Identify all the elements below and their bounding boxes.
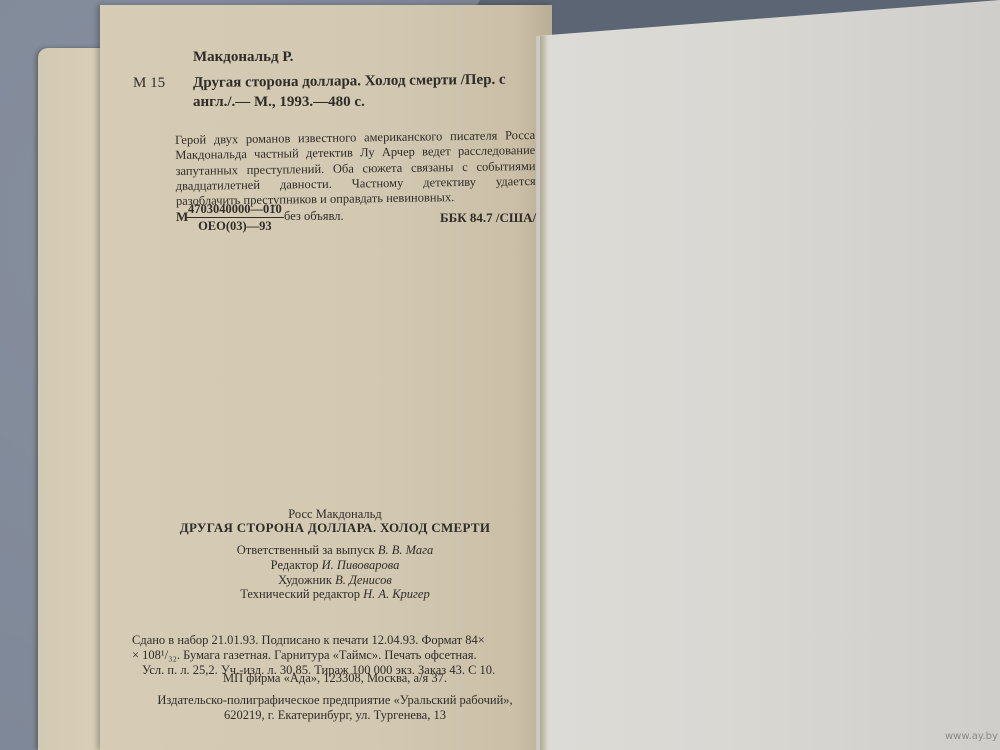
credits-list: Ответственный за выпуск В. В. Мага Редак… <box>150 543 520 602</box>
publisher-address: МП фирма «Ада», 123308, Москва, а/я 37. <box>150 671 520 686</box>
author-heading: Макдональд Р. <box>193 49 293 66</box>
index-numerator: 4703040000—010 <box>186 202 284 218</box>
index-note: без объявл. <box>284 209 344 224</box>
bbk-code: ББК 84.7 /США/ <box>440 210 536 226</box>
credit-row: Художник В. Денисов <box>150 573 520 588</box>
credit-row: Ответственный за выпуск В. В. Мага <box>150 543 520 558</box>
right-page-blank <box>536 0 1000 750</box>
credits-title: ДРУГАЯ СТОРОНА ДОЛЛАРА. ХОЛОД СМЕРТИ <box>150 520 520 536</box>
credit-row: Редактор И. Пивоварова <box>150 558 520 573</box>
credit-row: Технический редактор Н. А. Кригер <box>150 587 520 602</box>
catalog-code: М 15 <box>133 75 165 92</box>
printer-info: Издательско-полиграфическое предприятие … <box>150 693 520 722</box>
publication-index: 4703040000—010 ОЕО(03)—93 <box>186 202 284 234</box>
index-denominator: ОЕО(03)—93 <box>186 218 284 234</box>
bibliographic-title: Другая сторона доллара. Холод смерти /Пе… <box>193 72 506 92</box>
abstract-text: Герой двух романов известного американск… <box>175 128 536 210</box>
watermark: www.ay.by <box>945 731 998 742</box>
page-stack-edge <box>38 48 108 750</box>
book-gutter <box>540 36 548 750</box>
bibliographic-title-cont: англ./.— М., 1993.—480 с. <box>193 94 365 111</box>
